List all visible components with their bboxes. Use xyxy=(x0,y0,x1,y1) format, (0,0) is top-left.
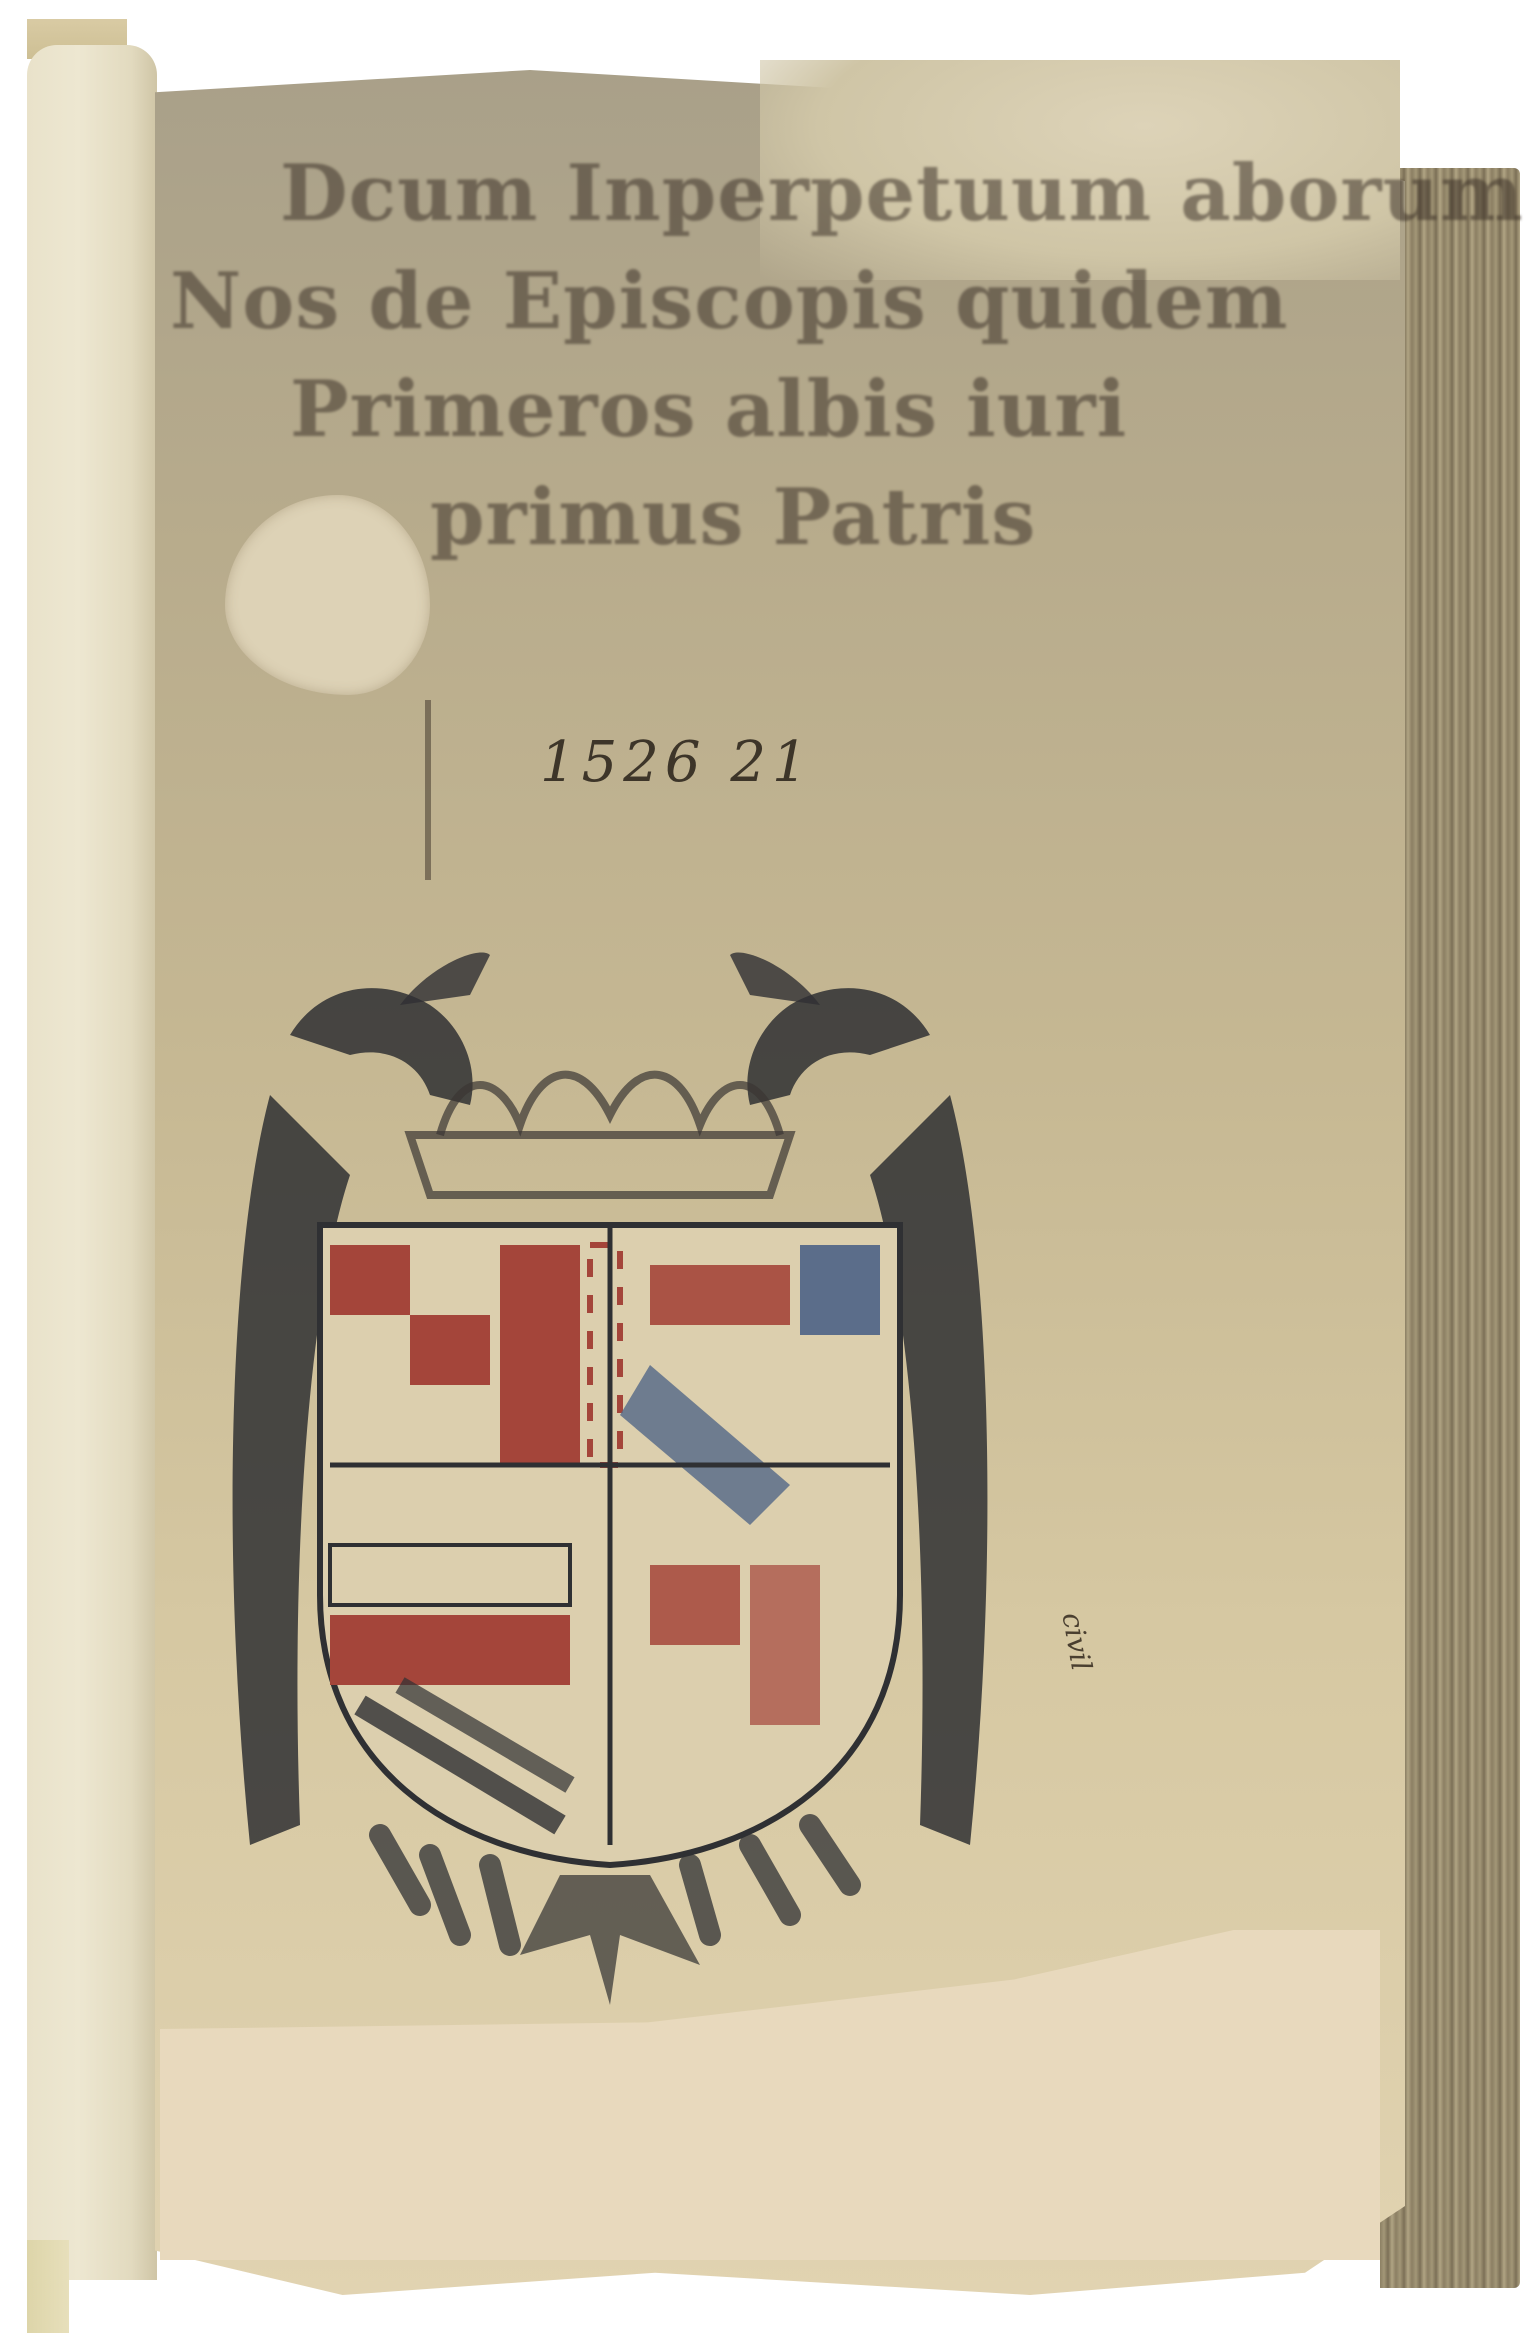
ink-stroke xyxy=(425,700,431,880)
title-block: Dcum Inperpetuum aborum Nos de Episcopis… xyxy=(170,140,1350,572)
flyleaf xyxy=(27,45,157,2280)
handwritten-shelfmark: 1526 21 xyxy=(540,730,814,795)
title-line-2: Nos de Episcopis quidem xyxy=(170,248,1350,356)
title-line-3: Primeros albis iuri xyxy=(170,356,1350,464)
coat-of-arms-eagle-icon xyxy=(230,945,990,2015)
title-line-1: Dcum Inperpetuum aborum xyxy=(170,140,1350,248)
title-line-4: primus Patris xyxy=(170,464,1350,572)
flyleaf-foot xyxy=(27,2240,69,2333)
